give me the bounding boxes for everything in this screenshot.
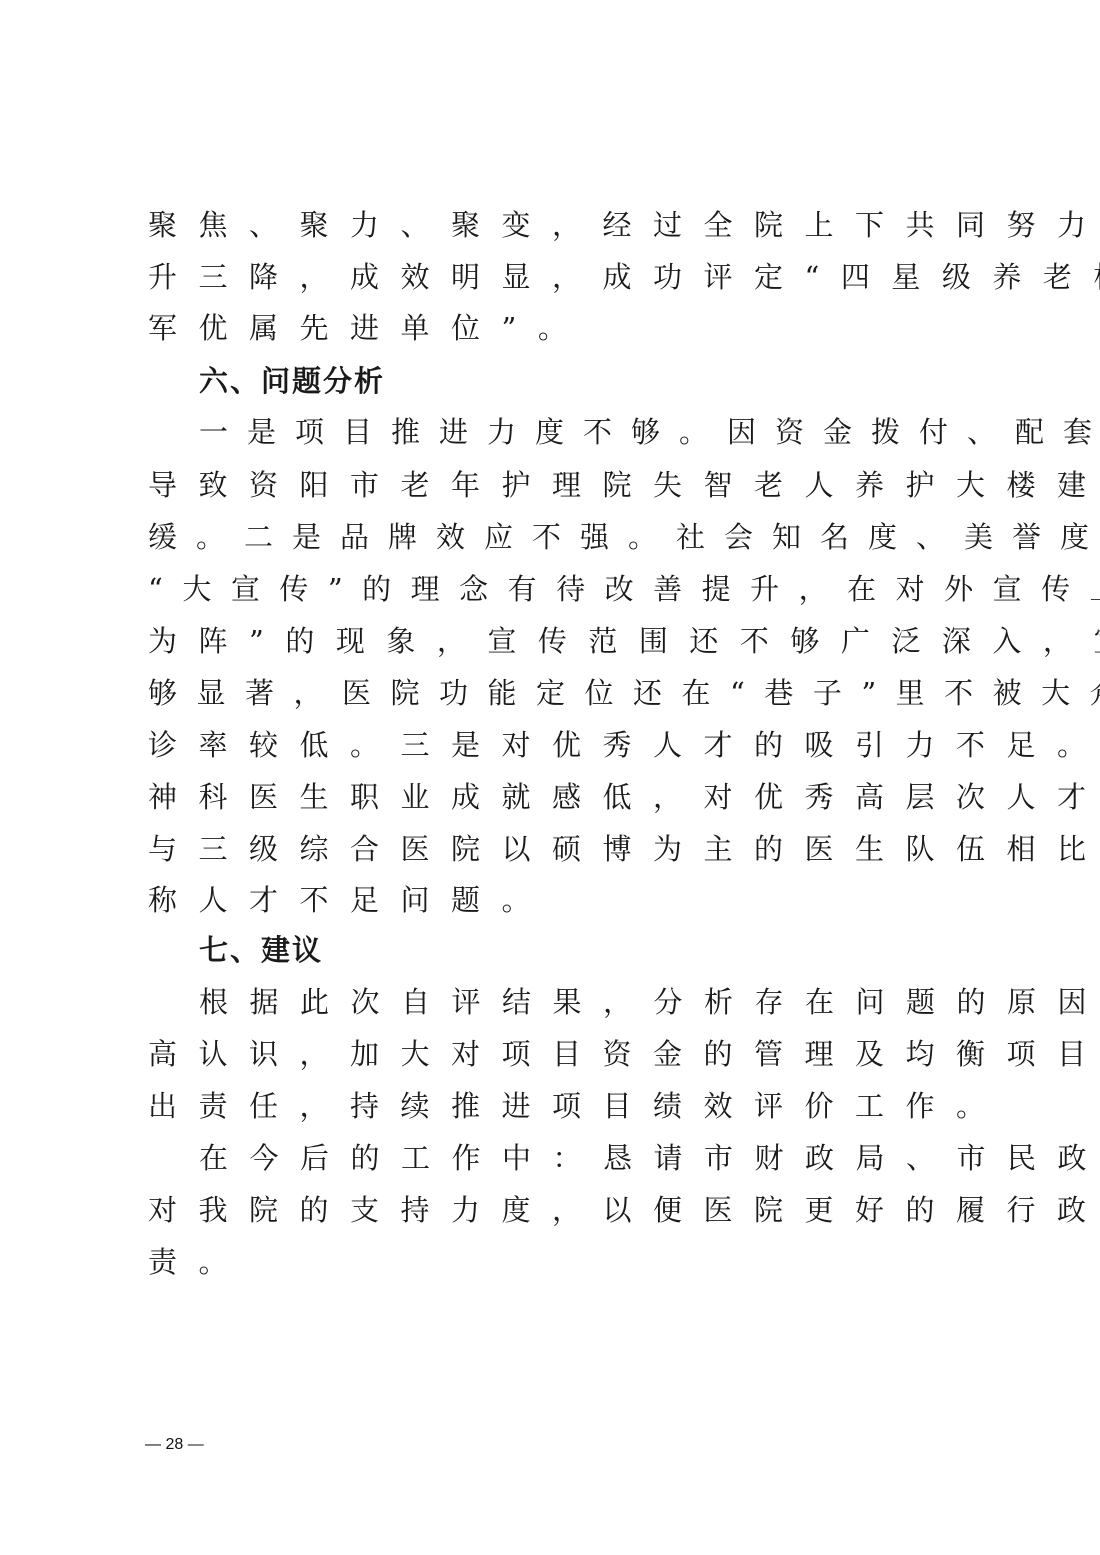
text-line: 责。: [148, 1236, 968, 1288]
text-line: 为阵”的现象，宣传范围还不够广泛深入，宣传工作取得成效不: [148, 615, 968, 667]
text-line: 升三降，成效明显，成功评定“四星级养老机构”，荣获市级“拥: [148, 251, 968, 303]
text-line: 根据此次自评结果，分析存在问题的原因，我院将进一步提: [199, 976, 1019, 1028]
page-number: — 28 —: [145, 1436, 204, 1454]
text-line: 与三级综合医院以硕博为主的医生队伍相比，存在高文凭、高职: [148, 823, 968, 875]
text-line: 一是项目推进力度不够。因资金拨付、配套资金短缺等原因，: [199, 406, 1019, 458]
text-line: 神科医生职业成就感低，对优秀高层次人才吸引能力相对较弱，: [148, 771, 968, 823]
document-page: 聚焦、聚力、聚变，经过全院上下共同努力和不懈奋斗，实现三 升三降，成效明显，成功…: [0, 0, 1100, 1555]
text-line: 缓。二是品牌效应不强。社会知名度、美誉度、认同度还有差距，: [148, 511, 968, 563]
text-line: “大宣传”的理念有待改善提升，在对外宣传上部分科室有“各自: [148, 563, 968, 615]
text-line: 导致资阳市老年护理院失智老人养护大楼建设项目建设进度迟: [148, 459, 968, 511]
text-line: 称人才不足问题。: [148, 874, 968, 926]
text-line: 对我院的支持力度，以便医院更好的履行政府赋予我院的职能职: [148, 1184, 968, 1236]
text-line: 出责任，持续推进项目绩效评价工作。: [148, 1080, 968, 1132]
text-line: 在今后的工作中：恳请市财政局、市民政局和相关部门加大: [199, 1132, 1019, 1184]
text-line: 聚焦、聚力、聚变，经过全院上下共同努力和不懈奋斗，实现三: [148, 199, 968, 251]
text-line: 够显著，医院功能定位还在“巷子”里不被大众认识，导致门诊就: [148, 667, 968, 719]
text-line: 诊率较低。三是对优秀人才的吸引力不足。精神科大而不强，精: [148, 719, 968, 771]
text-line: 军优属先进单位”。: [148, 302, 968, 354]
text-line: 高认识，加大对项目资金的管理及均衡项目支出的进度，强化支: [148, 1028, 968, 1080]
section-heading-problem-analysis: 六、问题分析: [199, 355, 1019, 407]
section-heading-suggestions: 七、建议: [199, 924, 1019, 976]
